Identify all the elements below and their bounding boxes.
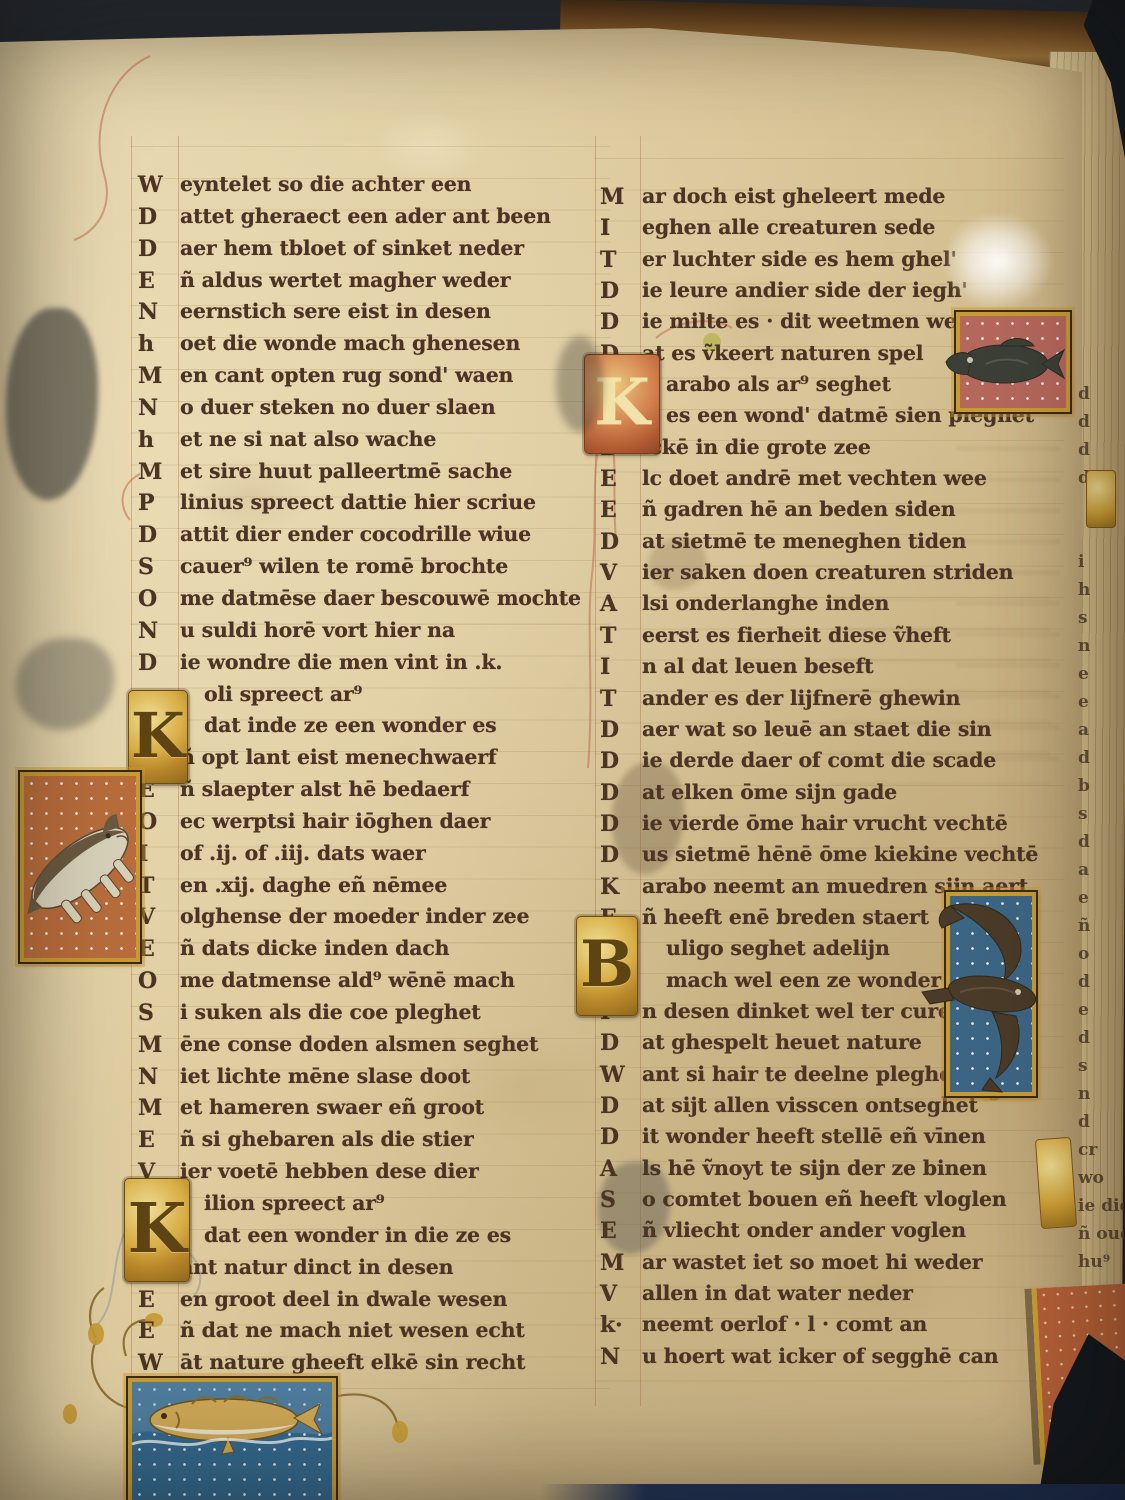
verse-line: Weyntelet so die achter een: [138, 172, 613, 204]
verse-line: het ne si nat also wache: [138, 427, 613, 459]
fore-edge-fragment: d: [1078, 1028, 1124, 1056]
verse-line: Als hē ṽnoyt te sijn der ze binen: [600, 1156, 1075, 1187]
miniature-dark-fish-frame: [956, 312, 1070, 412]
fore-edge-fragment: i: [1078, 552, 1124, 580]
verse-capital: D: [600, 309, 642, 335]
verse-text: o duer steken no duer slaen: [180, 395, 495, 419]
verse-capital: N: [138, 1064, 180, 1090]
verse-capital: D: [138, 650, 180, 676]
verse-text: ier saken doen creaturen striden: [642, 560, 1013, 584]
verse-capital: M: [138, 1032, 180, 1058]
verse-text: at ghespelt heuet nature: [642, 1030, 922, 1054]
verse-text: ec werptsi hair iōghen daer: [180, 809, 490, 833]
verse-line: So comtet bouen eñ heeft vloglen: [600, 1187, 1075, 1218]
verse-text: ls hē ṽnoyt te sijn der ze binen: [642, 1156, 987, 1180]
fore-edge-fragment: d: [1078, 972, 1124, 1000]
verse-line: Dattet gheraect een ader ant been: [138, 204, 613, 236]
verse-text: āt nature gheeft elkē sin recht: [180, 1350, 525, 1374]
verse-text: n desen dinket wel ter cure: [642, 999, 951, 1023]
verse-text: ñ dat ne mach niet wesen echt: [180, 1318, 525, 1342]
verse-line: Eñ opt lant eist menechwaerf: [138, 745, 613, 777]
verse-line: Dus sietmē hēnē ōme kiekine vechtē: [600, 842, 1075, 873]
fore-edge-fragment: e: [1078, 692, 1124, 720]
fore-edge-fragment: e: [1078, 664, 1124, 692]
verse-capital: T: [600, 686, 642, 712]
fore-edge-fragment: d: [1078, 748, 1124, 776]
verse-line: Ome datmēse daer bescouwē mochte: [138, 586, 613, 618]
verse-text: ñ opt lant eist menechwaerf: [180, 745, 496, 769]
verse-text: olghense der moeder inder zee: [180, 904, 529, 928]
verse-text: u suldi horē vort hier na: [180, 618, 455, 642]
parchment-stain: [6, 308, 98, 500]
verse-line: dat een wonder in die ze es: [138, 1223, 613, 1255]
verse-text: ñ dats dicke inden dach: [180, 936, 449, 960]
verse-capital: D: [600, 780, 642, 806]
fore-edge-fragment: d: [1078, 832, 1124, 860]
verse-line: Mar wastet iet so moet hi weder: [600, 1250, 1075, 1281]
verse-line: Met sire huut palleertmē sache: [138, 459, 613, 491]
verse-text: eernstich sere eist in desen: [180, 299, 491, 323]
verse-capital: V: [600, 1281, 642, 1307]
manuscript-photo: Weyntelet so die achter eenDattet gherae…: [0, 0, 1125, 1500]
golden-fish-icon: [132, 1382, 332, 1500]
verse-text: it wonder heeft stellē eñ vīnen: [642, 1124, 986, 1148]
illuminated-initial: K: [584, 354, 660, 454]
fore-edge-fragment: ñ: [1078, 916, 1124, 944]
verse-capital: E: [600, 466, 642, 492]
verse-text: ñ heeft enē breden staert: [642, 905, 929, 929]
verse-text: iet lichte mēne slase doot: [180, 1064, 470, 1088]
verse-line: Mar doch eist gheleert mede: [600, 184, 1075, 215]
verse-capital: D: [600, 278, 642, 304]
verse-line: Ter luchter side es hem ghel': [600, 247, 1075, 278]
verse-capital: V: [600, 560, 642, 586]
verse-line: Si suken als die coe pleghet: [138, 1000, 613, 1032]
verse-capital: M: [138, 363, 180, 389]
fore-edge-fragment: a: [1078, 720, 1124, 748]
verse-line: Oec werptsi hair iōghen daer: [138, 809, 613, 841]
verse-capital: D: [138, 522, 180, 548]
flying-fish-icon: [920, 896, 1040, 1092]
verse-text: en cant opten rug sond' waen: [180, 363, 513, 387]
illuminated-initial: K: [124, 1178, 190, 1282]
verse-capital: D: [600, 842, 642, 868]
verse-line: Alsi onderlanghe inden: [600, 591, 1075, 622]
verse-capital: E: [138, 268, 180, 294]
verse-capital: D: [600, 1124, 642, 1150]
verse-line: Die wondre die men vint in .k.: [138, 650, 613, 682]
verse-line: Teerst es fierheit diese ṽheft: [600, 623, 1075, 654]
verse-capital: h: [138, 427, 180, 453]
verse-text: eyntelet so die achter een: [180, 172, 471, 196]
verse-capital: S: [600, 1187, 642, 1213]
verse-capital: A: [600, 1156, 642, 1182]
verse-capital: W: [138, 172, 180, 198]
verse-text: arabo als ar⁹ seghet: [666, 372, 891, 396]
verse-line: Die leure andier side der iegh': [600, 278, 1075, 309]
verse-line: In al dat leuen beseft: [600, 654, 1075, 685]
verse-line: Want natur dinct in desen: [138, 1255, 613, 1287]
verse-text: attet gheraect een ader ant been: [180, 204, 551, 228]
illuminated-initial: K: [128, 690, 188, 784]
verse-line: Dattit dier ender cocodrille wiue: [138, 522, 613, 554]
verse-text: et hameren swaer eñ groot: [180, 1095, 484, 1119]
fore-edge-fragment: n: [1078, 636, 1124, 664]
verse-text: ñ slaepter alst hē bedaerf: [180, 777, 469, 801]
verse-line: Ten .xij. daghe eñ nēmee: [138, 873, 613, 905]
verse-capital: T: [138, 873, 180, 899]
verse-capital: O: [138, 586, 180, 612]
verse-text: oli spreect ar⁹: [204, 682, 362, 706]
verse-capital: S: [138, 1000, 180, 1026]
verse-text: ñ vliecht onder ander voglen: [642, 1218, 966, 1242]
verse-text: neemt oerlof · l · comt an: [642, 1312, 927, 1336]
verse-text: en .xij. daghe eñ nēmee: [180, 873, 447, 897]
verse-text: ie leure andier side der iegh': [642, 278, 967, 302]
verse-line: Men cant opten rug sond' waen: [138, 363, 613, 395]
verse-line: dat inde ze een wonder es: [138, 713, 613, 745]
verse-text: ickē in die grote zee: [642, 435, 871, 459]
verse-line: Volghense der moeder inder zee: [138, 904, 613, 936]
verse-line: Eñ gadren hē an beden siden: [600, 497, 1075, 528]
verse-text: allen in dat water neder: [642, 1281, 913, 1305]
verse-capital: k·: [600, 1312, 642, 1338]
verse-line: Plinius spreect dattie hier scriue: [138, 490, 613, 522]
manuscript-page: Weyntelet so die achter eenDattet gherae…: [0, 26, 1082, 1500]
verse-capital: V: [138, 904, 180, 930]
verse-line: Dit wonder heeft stellē eñ vīnen: [600, 1124, 1075, 1155]
fore-edge-fragment: e: [1078, 888, 1124, 916]
verse-text: ander es der lijfnerē ghewin: [642, 686, 960, 710]
display-surface-band: [540, 1484, 1125, 1500]
verse-capital: N: [138, 395, 180, 421]
verse-text: ar wastet iet so moet hi weder: [642, 1250, 982, 1274]
fore-edge-fragment: s: [1078, 1056, 1124, 1084]
verse-capital: E: [138, 1318, 180, 1344]
verse-line: Nu hoert wat icker of segghē can: [600, 1344, 1075, 1375]
verse-text: et sire huut palleertmē sache: [180, 459, 512, 483]
verse-line: Niet lichte mēne slase doot: [138, 1064, 613, 1096]
fore-edge-fragment: ie die: [1078, 1196, 1124, 1224]
verse-line: hoet die wonde mach ghenesen: [138, 331, 613, 363]
verse-text: eerst es fierheit diese ṽheft: [642, 623, 951, 647]
verse-line: Tander es der lijfnerē ghewin: [600, 686, 1075, 717]
verse-capital: N: [138, 299, 180, 325]
fore-edge-fragment: d: [1078, 412, 1124, 440]
verse-capital: E: [600, 1218, 642, 1244]
fore-edge-fragment: h: [1078, 580, 1124, 608]
verse-text: ar doch eist gheleert mede: [642, 184, 945, 208]
verse-line: Vier saken doen creaturen striden: [600, 560, 1075, 591]
fore-edge-fragment: s: [1078, 608, 1124, 636]
verse-line: Met hameren swaer eñ groot: [138, 1095, 613, 1127]
verse-text: uligo seghet adelijn: [666, 936, 890, 960]
verse-text: cauer⁹ wilen te romē brochte: [180, 554, 508, 578]
verse-text: ñ si ghebaren als die stier: [180, 1127, 474, 1151]
verse-line: k·neemt oerlof · l · comt an: [600, 1312, 1075, 1343]
verse-line: Eñ si ghebaren als die stier: [138, 1127, 613, 1159]
verse-capital: D: [138, 204, 180, 230]
verse-capital: h: [138, 331, 180, 357]
verse-text: u hoert wat icker of segghē can: [642, 1344, 999, 1368]
verse-text: lc doet andrē met vechten wee: [642, 466, 987, 490]
parchment-stain: [16, 638, 114, 730]
verse-capital: D: [600, 1093, 642, 1119]
verse-text: ant natur dinct in desen: [180, 1255, 453, 1279]
verse-text: ier voetē hebben dese dier: [180, 1159, 479, 1183]
verse-line: No duer steken no duer slaen: [138, 395, 613, 427]
verse-capital: M: [138, 1095, 180, 1121]
verse-text: me datmense ald⁹ wēnē mach: [180, 968, 515, 992]
verse-capital: K: [600, 874, 642, 900]
text-column-left: Weyntelet so die achter eenDattet gherae…: [138, 172, 613, 1382]
verse-text: et ne si nat also wache: [180, 427, 436, 451]
verse-text: lsi onderlanghe inden: [642, 591, 889, 615]
verse-line: Dickē in die grote zee: [600, 435, 1075, 466]
fore-edge-fragment: s: [1078, 804, 1124, 832]
verse-capital: I: [600, 654, 642, 680]
verse-text: ēne conse doden alsmen seghet: [180, 1032, 538, 1056]
verse-line: Neernstich sere eist in desen: [138, 299, 613, 331]
miniature-fourlegged-fish-frame: [20, 772, 140, 962]
verse-text: dat inde ze een wonder es: [204, 713, 497, 737]
verse-text: n al dat leuen beseft: [642, 654, 873, 678]
verse-line: Dat sietmē te meneghen tiden: [600, 529, 1075, 560]
verse-capital: O: [138, 968, 180, 994]
fore-edge-gold-initial: [1086, 470, 1116, 528]
verse-line: Eñ aldus wertet magher weder: [138, 268, 613, 300]
verse-line: ilion spreect ar⁹: [138, 1191, 613, 1223]
verse-line: Eñ dat ne mach niet wesen echt: [138, 1318, 613, 1350]
verse-capital: N: [600, 1344, 642, 1370]
verse-text: er luchter side es hem ghel': [642, 247, 957, 271]
verse-line: Daer hem tbloet of sinket neder: [138, 236, 613, 268]
verse-line: Die derde daer of comt die scade: [600, 748, 1075, 779]
verse-text: attit dier ender cocodrille wiue: [180, 522, 531, 546]
verse-text: at es ṽkeert naturen spel: [642, 341, 923, 365]
verse-capital: A: [600, 591, 642, 617]
fore-edge-fragment: d: [1078, 1112, 1124, 1140]
verse-line: Eñ dats dicke inden dach: [138, 936, 613, 968]
verse-text: of .ij. of .iij. dats waer: [180, 841, 426, 865]
verse-text: aer wat so leuē an staet die sin: [642, 717, 991, 741]
verse-capital: D: [600, 1030, 642, 1056]
verse-line: Eñ slaepter alst hē bedaerf: [138, 777, 613, 809]
verse-line: Ome datmense ald⁹ wēnē mach: [138, 968, 613, 1000]
verse-capital: S: [138, 554, 180, 580]
verse-text: ilion spreect ar⁹: [204, 1191, 385, 1215]
verse-line: Mēne conse doden alsmen seghet: [138, 1032, 613, 1064]
fore-edge-fragment: wo: [1078, 1168, 1124, 1196]
verse-capital: W: [600, 1062, 642, 1088]
verse-line: Dat sijt allen visscen ontseghet: [600, 1093, 1075, 1124]
verse-capital: I: [138, 841, 180, 867]
verse-text: at sijt allen visscen ontseghet: [642, 1093, 978, 1117]
verse-line: Elc doet andrē met vechten wee: [600, 466, 1075, 497]
verse-capital: D: [600, 717, 642, 743]
verse-line: Nu suldi horē vort hier na: [138, 618, 613, 650]
verse-text: at elken ōme sijn gade: [642, 780, 897, 804]
verse-text: ie derde daer of comt die scade: [642, 748, 996, 772]
verse-capital: D: [600, 529, 642, 555]
verse-text: us sietmē hēnē ōme kiekine vechtē: [642, 842, 1038, 866]
verse-line: Dat elken ōme sijn gade: [600, 780, 1075, 811]
verse-text: linius spreect dattie hier scriue: [180, 490, 536, 514]
fore-edge-fragment: a: [1078, 860, 1124, 888]
verse-text: ant si hair te deelne pleghet: [642, 1062, 961, 1086]
fore-edge-fragment: b: [1078, 776, 1124, 804]
verse-line: Vallen in dat water neder: [600, 1281, 1075, 1312]
fore-edge-fragment: hu⁹: [1078, 1252, 1124, 1280]
verse-capital: W: [138, 1350, 180, 1376]
verse-capital: O: [138, 809, 180, 835]
verse-text: ie milte es · dit weetmen wel: [642, 309, 964, 333]
miniature-flying-fish-frame: [946, 892, 1036, 1096]
verse-text: en groot deel in dwale wesen: [180, 1287, 507, 1311]
verse-capital: D: [600, 811, 642, 837]
verse-text: oet die wonde mach ghenesen: [180, 331, 520, 355]
verse-capital: M: [600, 184, 642, 210]
fore-edge-fragment: d: [1078, 440, 1124, 468]
verse-capital: E: [138, 1127, 180, 1153]
fore-edge-gold-initial: [1035, 1137, 1077, 1229]
verse-capital: E: [600, 497, 642, 523]
verse-line: Een groot deel in dwale wesen: [138, 1287, 613, 1319]
verse-capital: T: [600, 247, 642, 273]
fore-edge-fragment: d: [1078, 384, 1124, 412]
verse-line: Ieghen alle creaturen sede: [600, 215, 1075, 246]
fore-edge-fragment: [1078, 524, 1124, 552]
verse-text: me datmēse daer bescouwē mochte: [180, 586, 581, 610]
fore-edge-fragment: n: [1078, 1084, 1124, 1112]
illuminated-initial: B: [576, 916, 638, 1016]
verse-line: Eñ vliecht onder ander voglen: [600, 1218, 1075, 1249]
verse-text: at sietmē te meneghen tiden: [642, 529, 966, 553]
verse-line: Daer wat so leuē an staet die sin: [600, 717, 1075, 748]
fore-edge-fragment: cr: [1078, 1140, 1124, 1168]
fore-edge-fragment: e: [1078, 1000, 1124, 1028]
verse-text: i suken als die coe pleghet: [180, 1000, 481, 1024]
miniature-golden-fish-frame: [128, 1378, 336, 1500]
verse-line: Vier voetē hebben dese dier: [138, 1159, 613, 1191]
verse-capital: E: [138, 1287, 180, 1313]
verse-capital: D: [138, 236, 180, 262]
verse-text: o comtet bouen eñ heeft vloglen: [642, 1187, 1007, 1211]
dark-fish-icon: [942, 316, 1072, 408]
verse-line: Die vierde ōme hair vrucht vechtē: [600, 811, 1075, 842]
verse-line: Scauer⁹ wilen te romē brochte: [138, 554, 613, 586]
verse-line: oli spreect ar⁹: [138, 682, 613, 714]
verse-text: ie vierde ōme hair vrucht vechtē: [642, 811, 1008, 835]
verse-capital: T: [600, 623, 642, 649]
verse-capital: M: [138, 459, 180, 485]
verse-capital: N: [138, 618, 180, 644]
verse-line: Iof .ij. of .iij. dats waer: [138, 841, 613, 873]
verse-text: eghen alle creaturen sede: [642, 215, 935, 239]
verse-capital: D: [600, 748, 642, 774]
four-legged-fish-icon: [24, 776, 136, 958]
verse-text: dat een wonder in die ze es: [204, 1223, 511, 1247]
verse-text: ie wondre die men vint in .k.: [180, 650, 502, 674]
verse-capital: E: [138, 936, 180, 962]
verse-capital: M: [600, 1250, 642, 1276]
verse-capital: I: [600, 215, 642, 241]
verse-capital: P: [138, 490, 180, 516]
verse-text: aer hem tbloet of sinket neder: [180, 236, 524, 260]
fore-edge-fragment: ñ oue: [1078, 1224, 1124, 1252]
verse-text: ñ gadren hē an beden siden: [642, 497, 956, 521]
fore-edge-fragment: o: [1078, 944, 1124, 972]
verse-text: ñ aldus wertet magher weder: [180, 268, 510, 292]
